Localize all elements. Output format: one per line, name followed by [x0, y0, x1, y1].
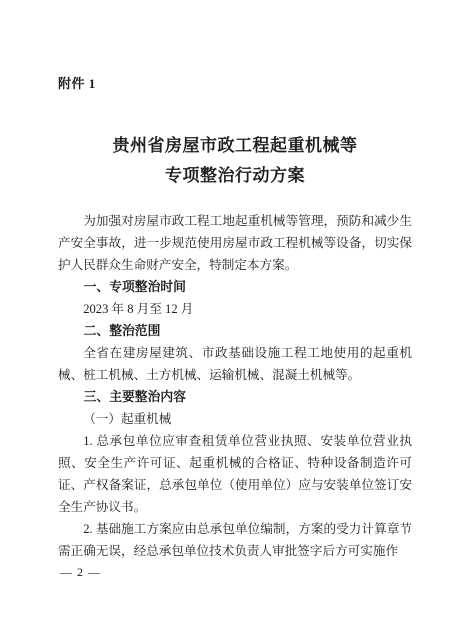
attachment-label: 附件 1: [58, 76, 96, 92]
document-title: 贵州省房屋市政工程起重机械等 专项整治行动方案: [58, 131, 412, 191]
paragraph-time-range: 2023 年 8 月至 12 月: [58, 298, 412, 320]
subheading-crane-machinery: （一）起重机械: [58, 408, 412, 430]
document-page: 附件 1 贵州省房屋市政工程起重机械等 专项整治行动方案 为加强对房屋市政工程工…: [0, 0, 455, 644]
document-title-line1: 贵州省房屋市政工程起重机械等: [58, 131, 412, 161]
paragraph-intro: 为加强对房屋市政工程工地起重机械等管理，预防和减少生产安全事故，进一步规范使用房…: [58, 210, 412, 276]
page-number: — 2 —: [60, 564, 101, 580]
heading-section-2-scope: 二、整治范围: [58, 320, 412, 342]
heading-section-1-time: 一、专项整治时间: [58, 276, 412, 298]
heading-section-3-content: 三、主要整治内容: [58, 386, 412, 408]
paragraph-item-2: 2. 基础施工方案应由总承包单位编制，方案的受力计算章节需正确无误，经总承包单位…: [58, 518, 412, 562]
document-body: 为加强对房屋市政工程工地起重机械等管理，预防和减少生产安全事故，进一步规范使用房…: [58, 210, 412, 562]
document-title-line2: 专项整治行动方案: [58, 161, 412, 191]
paragraph-scope: 全省在建房屋建筑、市政基础设施工程工地使用的起重机械、桩工机械、土方机械、运输机…: [58, 342, 412, 386]
paragraph-item-1: 1. 总承包单位应审查租赁单位营业执照、安装单位营业执照、安全生产许可证、起重机…: [58, 430, 412, 518]
